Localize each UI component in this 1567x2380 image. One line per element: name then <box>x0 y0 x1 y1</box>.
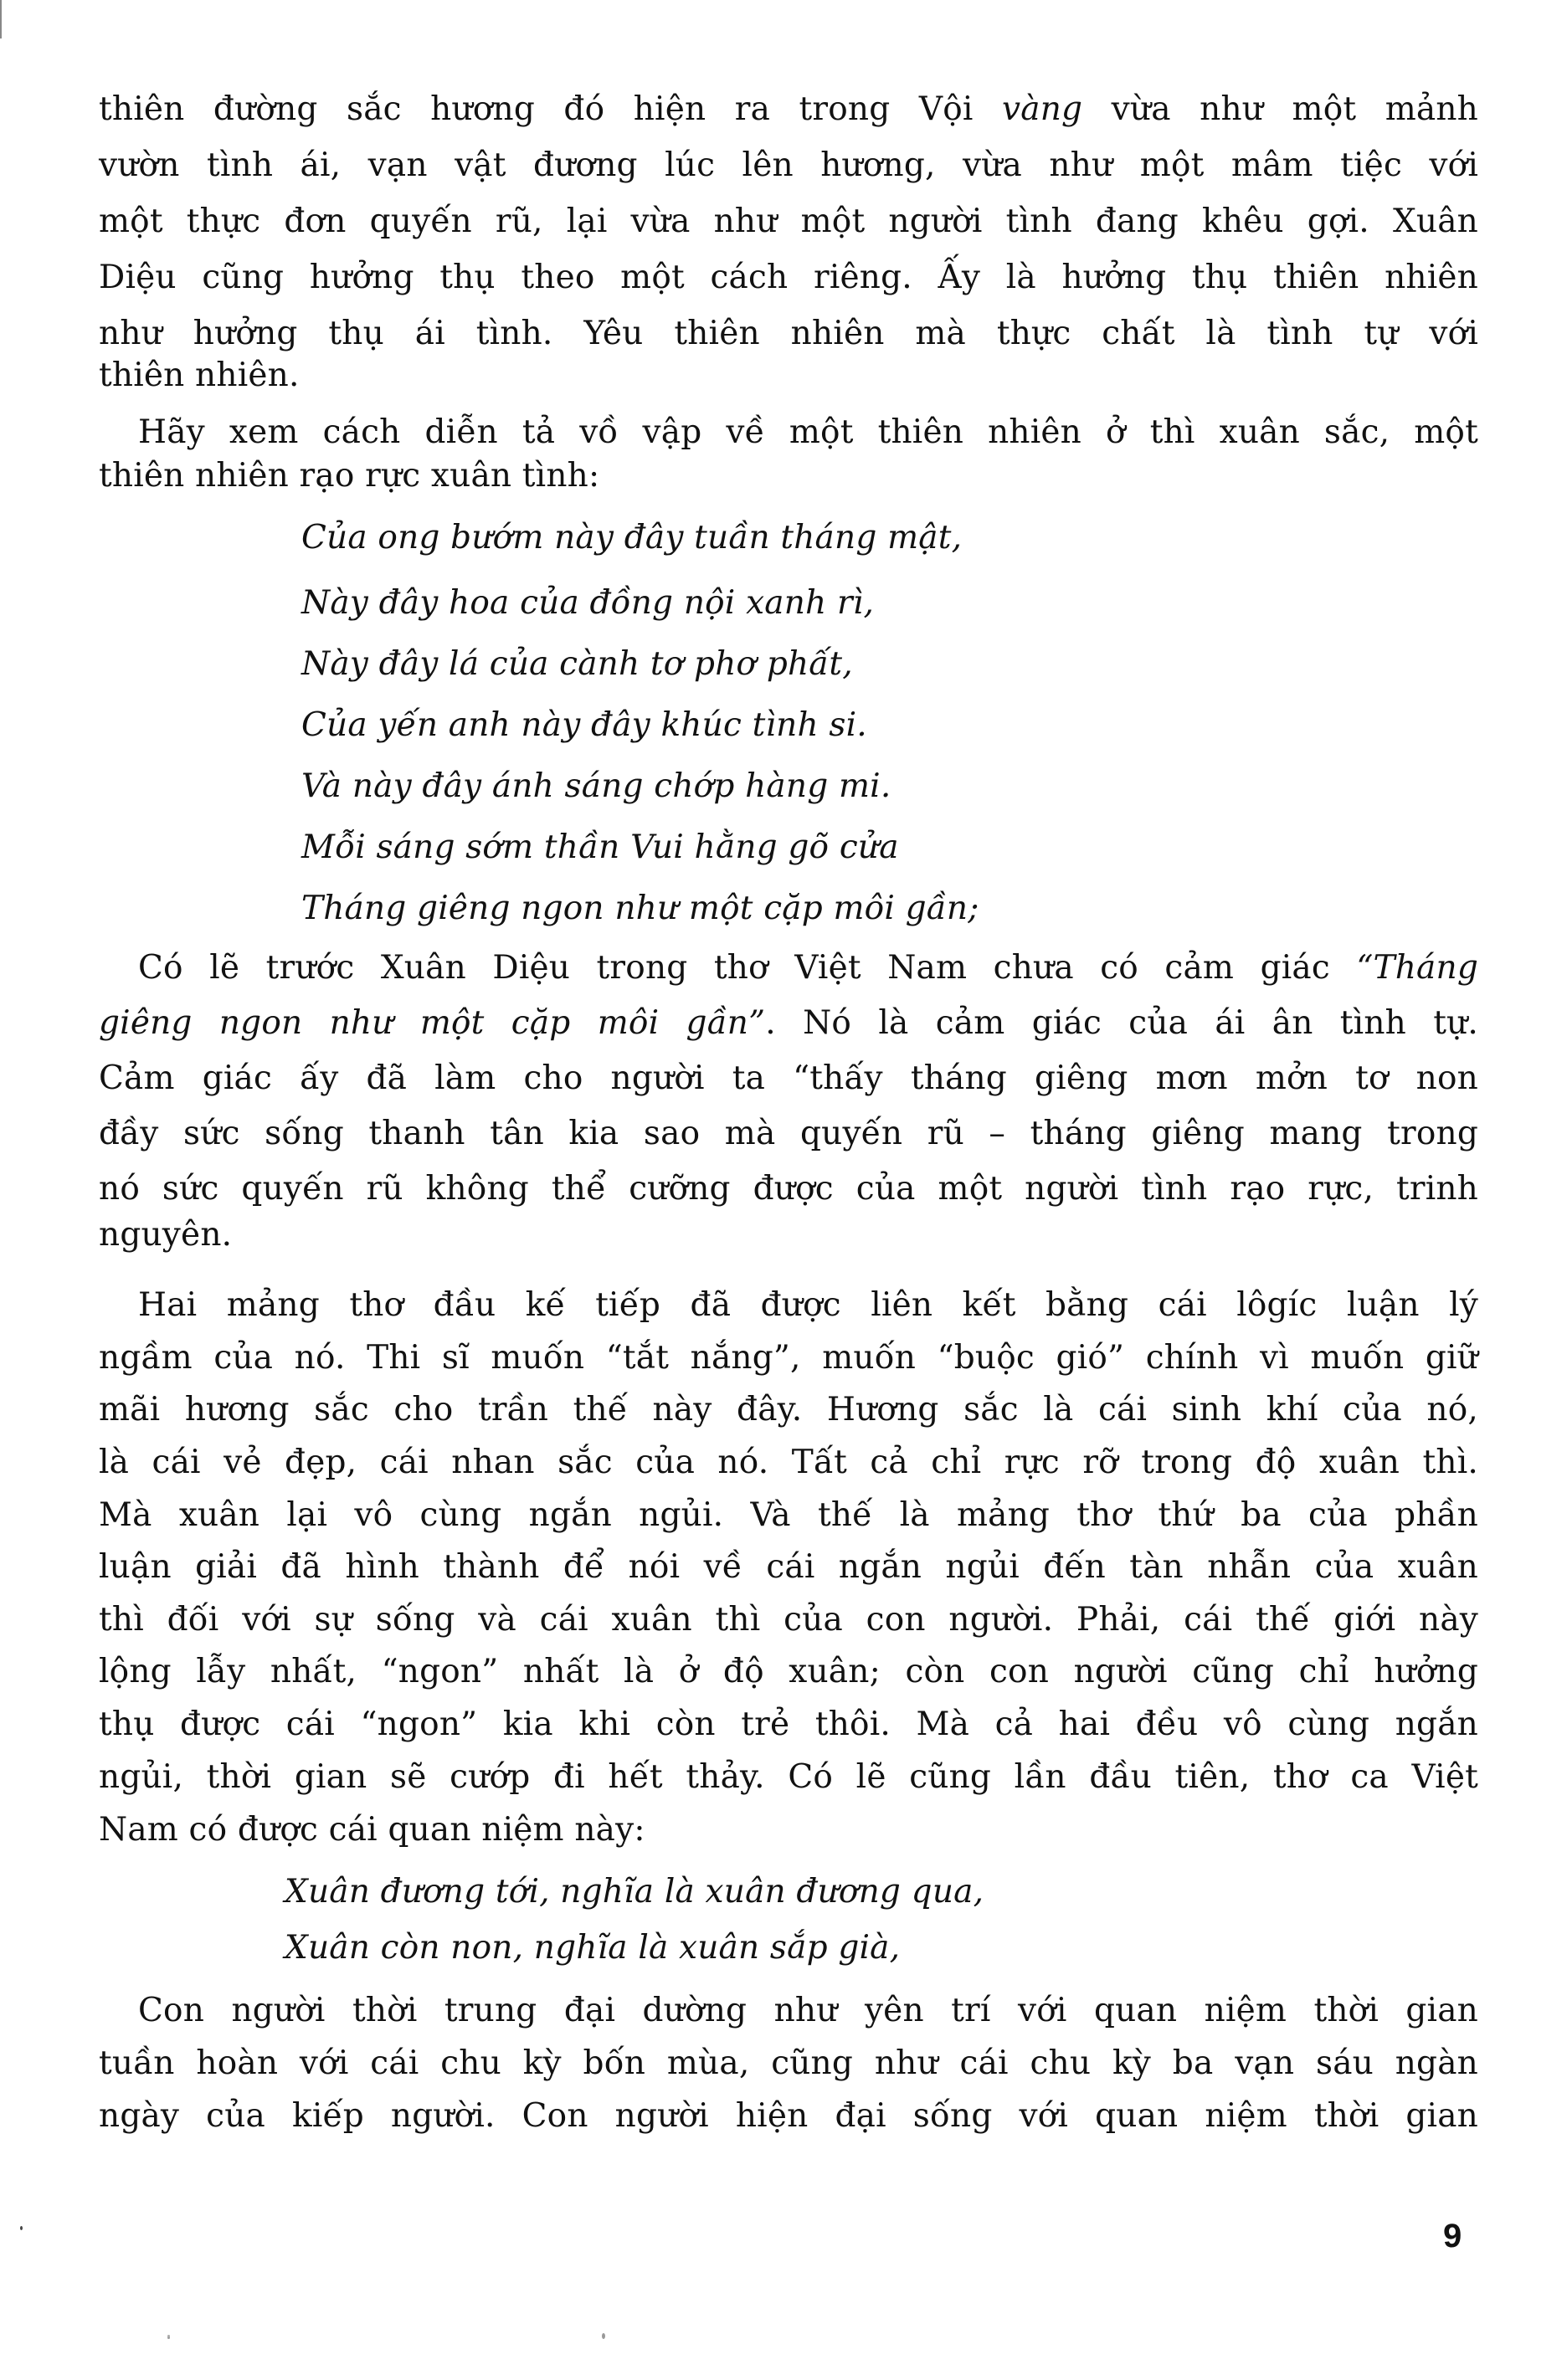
paragraph-3-line-3: Cảm giác ấy đã làm cho người ta “thấy th… <box>99 1051 1478 1106</box>
page-number: 9 <box>1443 2216 1462 2256</box>
quoted-verse-italic: “Tháng <box>1356 949 1478 987</box>
paragraph-1-line-6: thiên nhiên. <box>99 348 1478 403</box>
scan-speck <box>20 2226 23 2230</box>
verse-line: Xuân đương tới, nghĩa là xuân đương qua, <box>285 1865 984 1920</box>
paragraph-1-line-4: Diệu cũng hưởng thụ theo một cách riêng.… <box>99 250 1478 305</box>
paragraph-3-line-1: Có lẽ trước Xuân Diệu trong thơ Việt Nam… <box>138 941 1478 996</box>
paragraph-4-line-3: mãi hương sắc cho trần thế này đây. Hươn… <box>99 1382 1478 1438</box>
verse-line: Này đây hoa của đồng nội xanh rì, <box>301 576 874 631</box>
scan-speck <box>167 2335 170 2337</box>
paragraph-4-line-5: Mà xuân lại vô cùng ngắn ngủi. Và thế là… <box>99 1488 1478 1543</box>
paragraph-3-line-4: đầy sức sống thanh tân kia sao mà quyến … <box>99 1106 1478 1162</box>
verse-line: Tháng giêng ngon như một cặp môi gần; <box>301 881 979 936</box>
paragraph-5-line-2: tuần hoàn với cái chu kỳ bốn mùa, cũng n… <box>99 2036 1478 2091</box>
verse-line: Của ong bướm này đây tuần tháng mật, <box>301 510 962 566</box>
paragraph-4-line-11: Nam có được cái quan niệm này: <box>99 1803 1478 1858</box>
paragraph-3-line-6: nguyên. <box>99 1208 1478 1263</box>
scan-edge-mark <box>0 0 2 38</box>
paragraph-5-line-1: Con người thời trung đại dường như yên t… <box>138 1983 1478 2039</box>
book-title-italic: vàng <box>1002 90 1082 128</box>
paragraph-4-line-9: thụ được cái “ngon” kia khi còn trẻ thôi… <box>99 1697 1478 1752</box>
paragraph-1-line-3: một thực đơn quyến rũ, lại vừa như một n… <box>99 194 1478 249</box>
book-page: thiên đường sắc hương đó hiện ra trong V… <box>0 0 1567 2380</box>
text-run: vừa như một mảnh <box>1082 90 1478 128</box>
verse-line: Và này đây ánh sáng chớp hàng mi. <box>301 759 891 814</box>
scan-speck <box>602 2333 605 2339</box>
verse-line: Mỗi sáng sớm thần Vui hằng gõ cửa <box>301 820 899 875</box>
text-run: thiên đường sắc hương đó hiện ra trong V… <box>99 90 1002 128</box>
quoted-verse-italic: giêng ngon như một cặp môi gần” <box>99 1004 765 1042</box>
paragraph-4-line-2: ngầm của nó. Thi sĩ muốn “tắt nắng”, muố… <box>99 1331 1478 1386</box>
paragraph-2-line-2: thiên nhiên rạo rực xuân tình: <box>99 449 1478 504</box>
paragraph-4-line-4: là cái vẻ đẹp, cái nhan sắc của nó. Tất … <box>99 1435 1478 1490</box>
text-run: . Nó là cảm giác của ái ân tình tự. <box>765 1004 1478 1042</box>
paragraph-4-line-1: Hai mảng thơ đầu kế tiếp đã được liên kế… <box>138 1278 1478 1333</box>
paragraph-4-line-10: ngủi, thời gian sẽ cướp đi hết thảy. Có … <box>99 1750 1478 1805</box>
paragraph-5-line-3: ngày của kiếp người. Con người hiện đại … <box>99 2089 1478 2144</box>
verse-line: Xuân còn non, nghĩa là xuân sắp già, <box>285 1921 900 1976</box>
paragraph-4-line-8: lộng lẫy nhất, “ngon” nhất là ở độ xuân;… <box>99 1644 1478 1700</box>
paragraph-1-line-1: thiên đường sắc hương đó hiện ra trong V… <box>99 82 1478 137</box>
verse-line: Của yến anh này đây khúc tình si. <box>301 698 867 753</box>
paragraph-1-line-2: vườn tình ái, vạn vật đương lúc lên hươn… <box>99 138 1478 193</box>
paragraph-3-line-2: giêng ngon như một cặp môi gần”. Nó là c… <box>99 996 1478 1051</box>
text-run: Có lẽ trước Xuân Diệu trong thơ Việt Nam… <box>138 949 1356 987</box>
paragraph-4-line-7: thì đối với sự sống và cái xuân thì của … <box>99 1593 1478 1648</box>
paragraph-4-line-6: luận giải đã hình thành để nói về cái ng… <box>99 1540 1478 1595</box>
verse-line: Này đây lá của cành tơ phơ phất, <box>301 637 853 692</box>
